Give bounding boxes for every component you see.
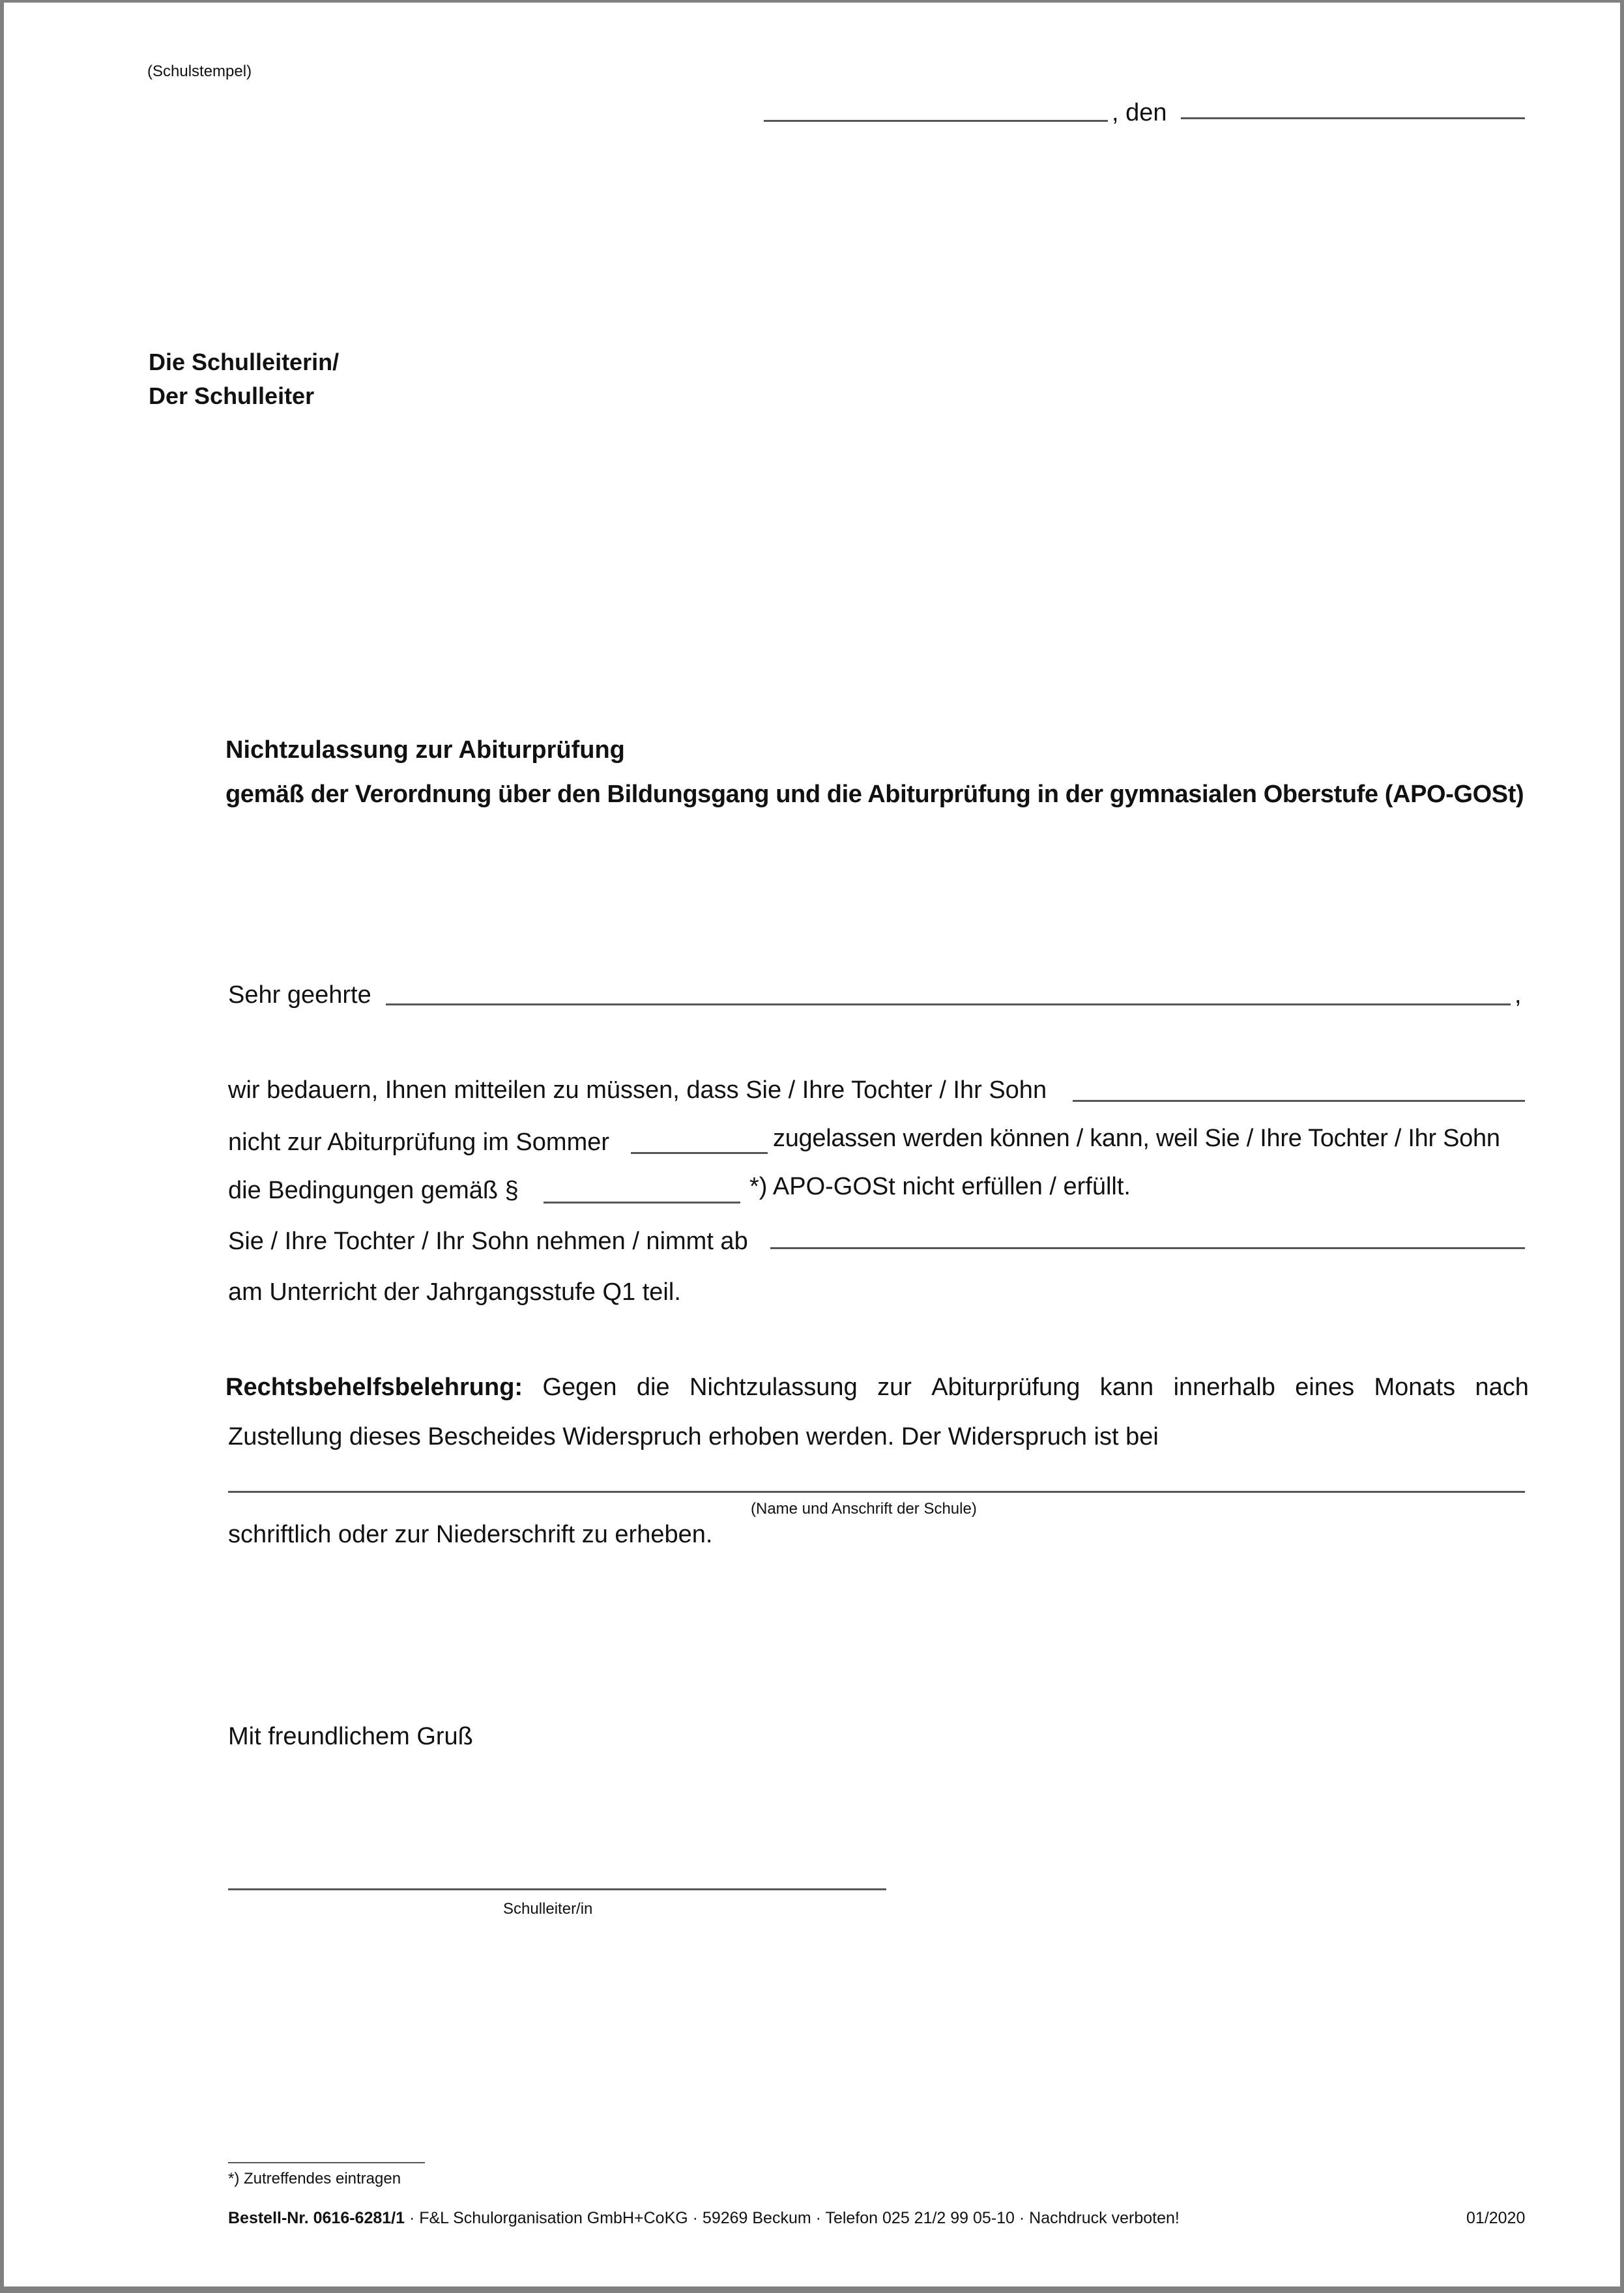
legal-word: Abiturprüfung xyxy=(931,1374,1080,1402)
sender-line-1: Die Schulleiterin/ xyxy=(149,345,339,379)
legal-word: Gegen xyxy=(542,1374,616,1402)
legal-word: innerhalb xyxy=(1174,1374,1275,1402)
document-page: (Schulstempel) , den Die Schulleiterin/ … xyxy=(4,3,1620,2286)
body-line-3b: *) APO-GOSt nicht erfüllen / erfüllt. xyxy=(749,1173,1131,1201)
footnote-divider xyxy=(228,2162,425,2163)
body-line-2b: zugelassen werden können / kann, weil Si… xyxy=(773,1125,1500,1153)
legal-word: Monats xyxy=(1374,1374,1456,1402)
legal-word: die xyxy=(637,1374,670,1402)
legal-notice-line-2: Zustellung dieses Bescheides Widerspruch… xyxy=(228,1423,1159,1451)
document-subtitle: gemäß der Verordnung über den Bildungsga… xyxy=(225,781,1524,809)
paragraph-field[interactable] xyxy=(544,1202,740,1204)
document-title: Nichtzulassung zur Abiturprüfung xyxy=(225,736,625,764)
footer-info: Bestell-Nr. 0616-6281/1 · F&L Schulorgan… xyxy=(228,2209,1180,2228)
closing-greeting: Mit freundlichem Gruß xyxy=(228,1723,473,1751)
start-date-field[interactable] xyxy=(770,1247,1525,1249)
body-line-5: am Unterricht der Jahrgangsstufe Q1 teil… xyxy=(228,1278,681,1306)
recipient-name-field[interactable] xyxy=(386,1003,1511,1005)
student-name-field[interactable] xyxy=(1073,1100,1525,1102)
date-field-line[interactable] xyxy=(1181,117,1525,119)
school-stamp-label: (Schulstempel) xyxy=(147,63,252,81)
form-version: 01/2020 xyxy=(1466,2209,1525,2228)
sender-line-2: Der Schulleiter xyxy=(149,379,339,413)
sender-block: Die Schulleiterin/ Der Schulleiter xyxy=(149,345,339,413)
legal-notice-line-3: schriftlich oder zur Niederschrift zu er… xyxy=(228,1521,712,1549)
body-line-4: Sie / Ihre Tochter / Ihr Sohn nehmen / n… xyxy=(228,1228,748,1256)
order-number: Bestell-Nr. 0616-6281/1 xyxy=(228,2209,405,2227)
legal-word: Nichtzulassung xyxy=(689,1374,858,1402)
salutation-comma: , xyxy=(1515,981,1522,1009)
body-line-2a: nicht zur Abiturprüfung im Sommer xyxy=(228,1129,609,1157)
footnote-text: *) Zutreffendes eintragen xyxy=(228,2170,401,2188)
place-date-separator: , den xyxy=(1112,99,1167,127)
body-line-3a: die Bedingungen gemäß § xyxy=(228,1177,519,1205)
summer-year-field[interactable] xyxy=(631,1152,768,1154)
legal-notice-line-1: Rechtsbehelfsbelehrung: Gegen die Nichtz… xyxy=(225,1374,1529,1402)
body-line-1: wir bedauern, Ihnen mitteilen zu müssen,… xyxy=(228,1076,1047,1104)
school-address-field[interactable] xyxy=(228,1491,1525,1493)
publisher-info: · F&L Schulorganisation GmbH+CoKG · 5926… xyxy=(405,2209,1180,2227)
place-field-line[interactable] xyxy=(764,120,1108,122)
legal-word: kann xyxy=(1100,1374,1153,1402)
legal-notice-label: Rechtsbehelfsbelehrung: xyxy=(225,1374,523,1402)
legal-word: zur xyxy=(877,1374,912,1402)
legal-word: eines xyxy=(1295,1374,1354,1402)
salutation-prefix: Sehr geehrte xyxy=(228,981,371,1009)
legal-word: nach xyxy=(1475,1374,1529,1402)
signature-line[interactable] xyxy=(228,1888,886,1890)
school-address-caption: (Name und Anschrift der Schule) xyxy=(751,1500,977,1518)
signature-caption: Schulleiter/in xyxy=(503,1900,592,1918)
